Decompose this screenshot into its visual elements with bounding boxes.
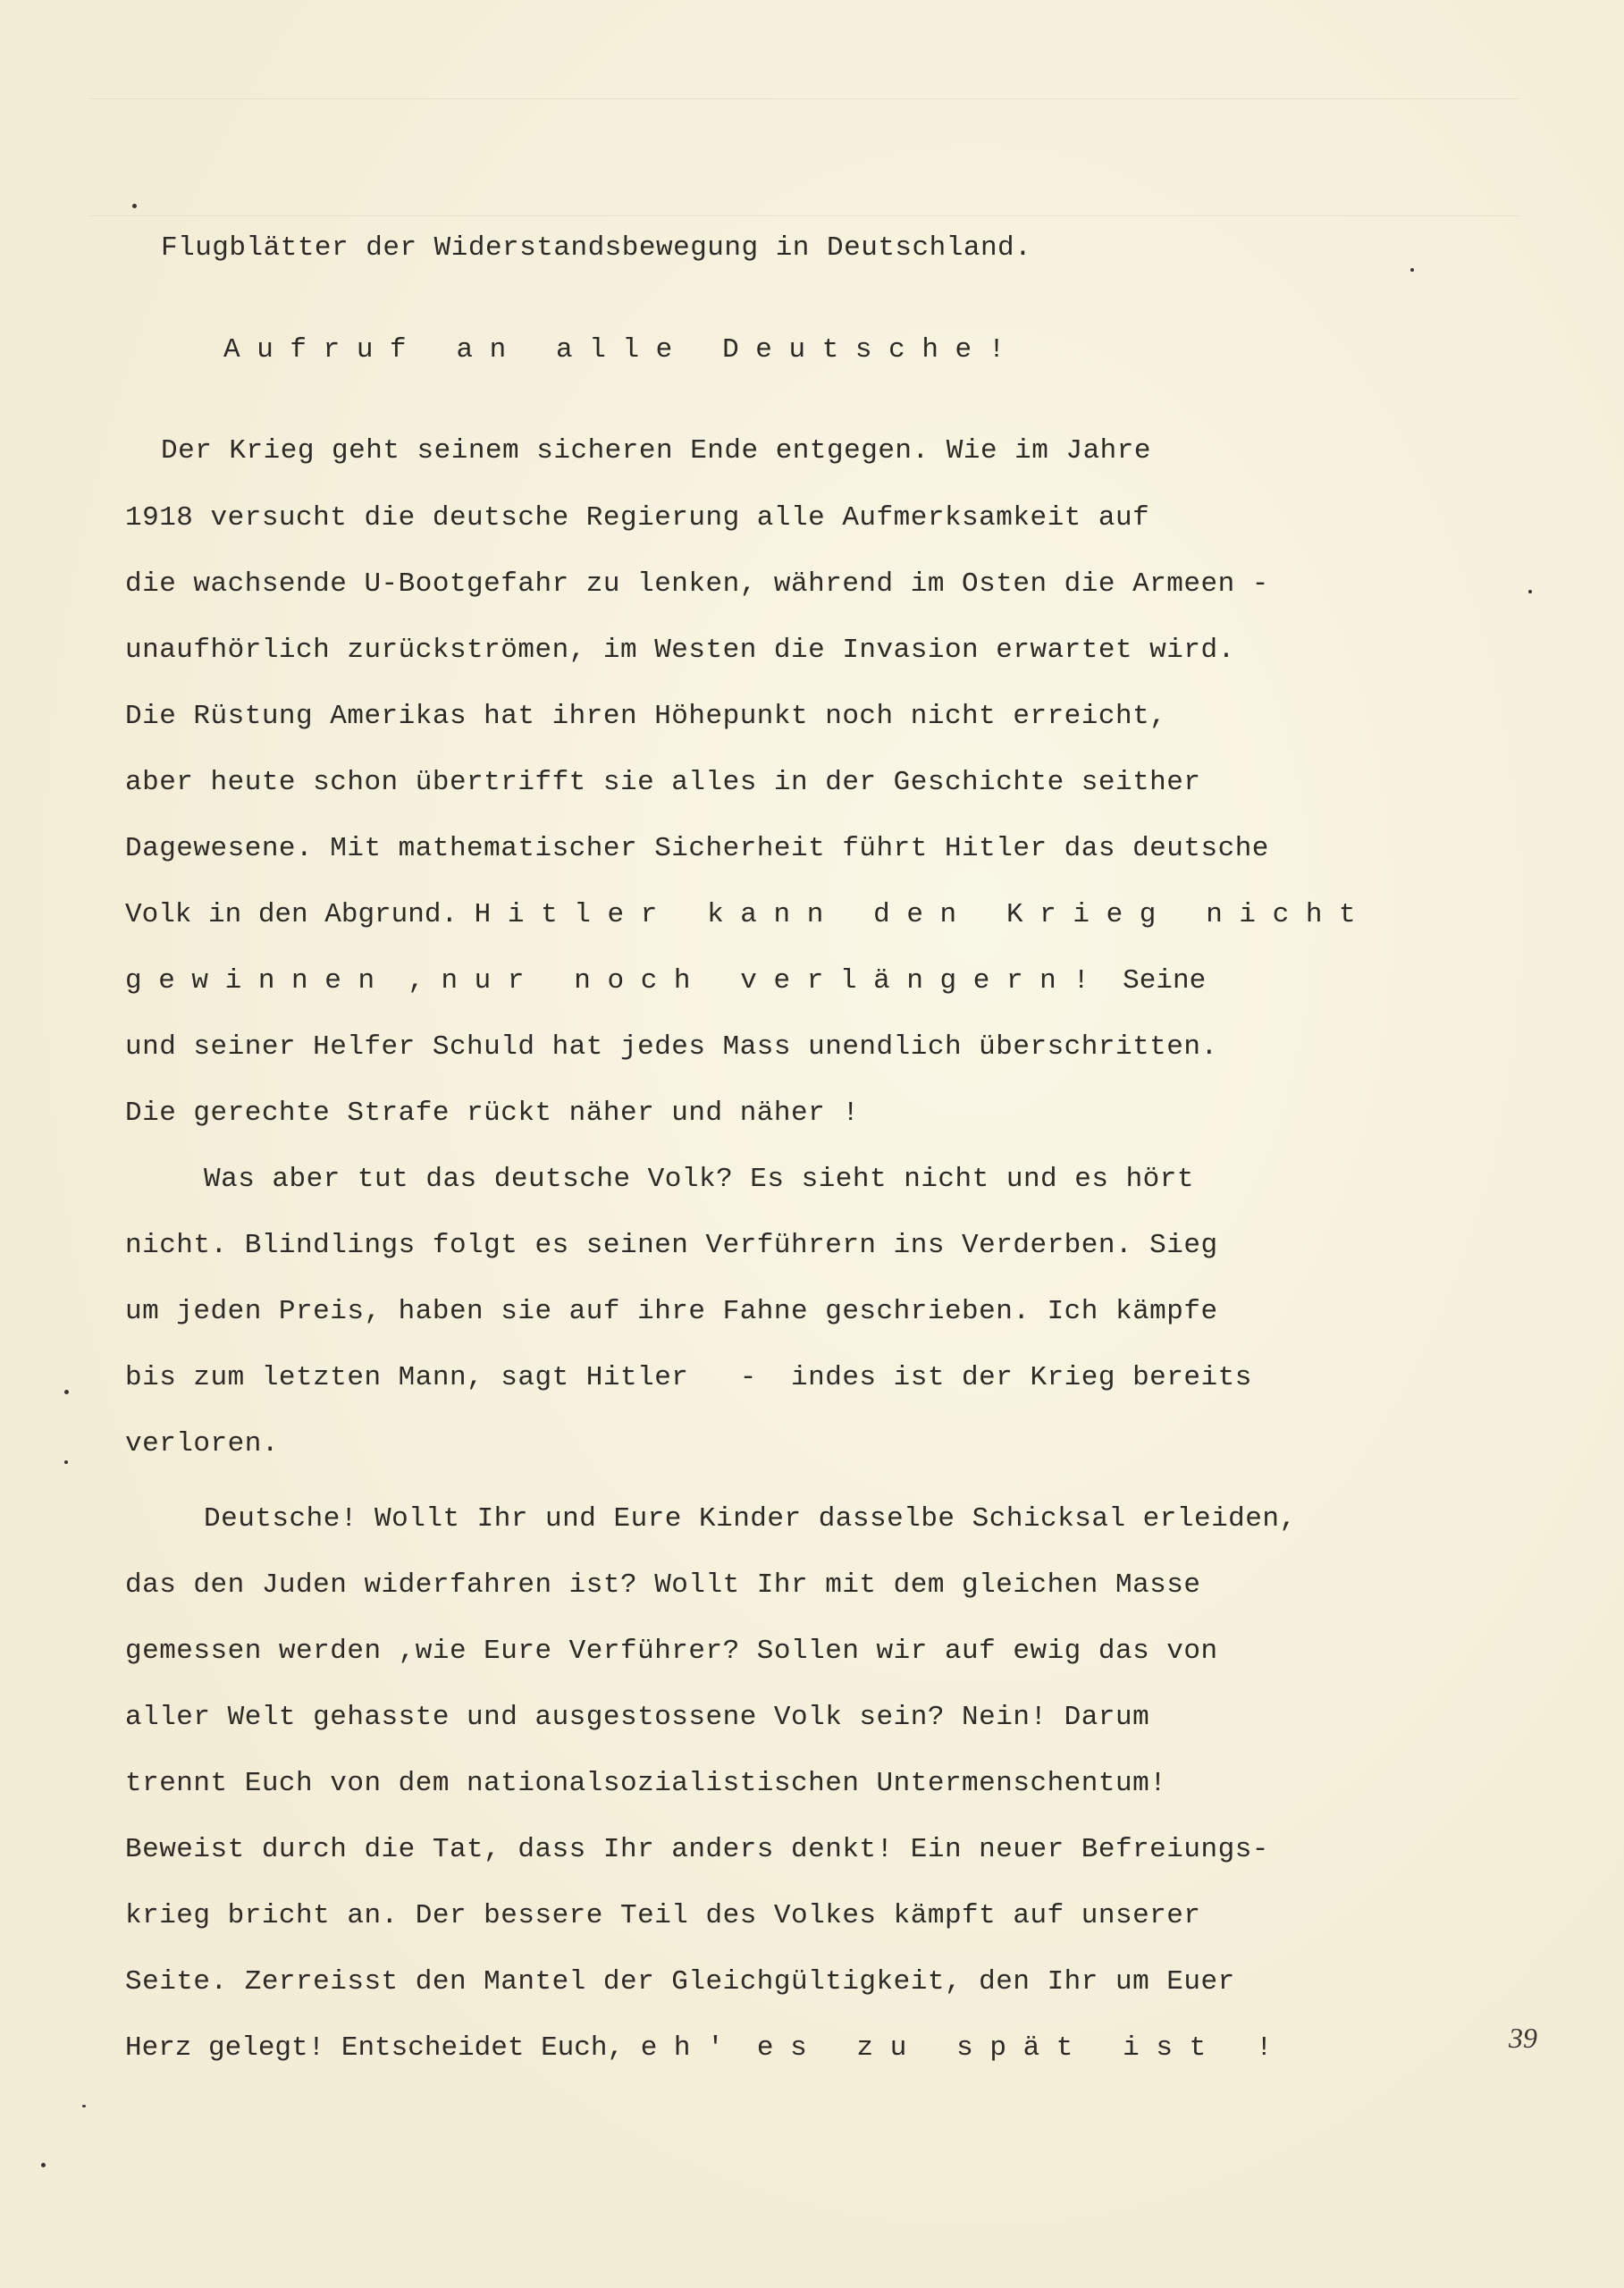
text-line: 1918 versucht die deutsche Regierung all… [125,500,1149,536]
text-line: verloren. [125,1426,279,1462]
text-line: und seiner Helfer Schuld hat jedes Mass … [125,1030,1218,1065]
text-line: Beweist durch die Tat, dass Ihr anders d… [125,1832,1269,1868]
text-line: die wachsende U-Bootgefahr zu lenken, wä… [125,567,1269,602]
text-line: Deutsche! Wollt Ihr und Eure Kinder dass… [204,1501,1297,1537]
document-heading: A u f r u f a n a l l e D e u t s c h e … [223,332,1005,368]
text-line: nicht. Blindlings folgt es seinen Verfüh… [125,1228,1218,1264]
text-line: unaufhörlich zurückströmen, im Westen di… [125,633,1235,669]
text-line: Der Krieg geht seinem sicheren Ende entg… [161,433,1151,469]
text-line: aller Welt gehasste und ausgestossene Vo… [125,1700,1149,1736]
text-line: gemessen werden ,wie Eure Verführer? Sol… [125,1634,1218,1670]
ink-speck [41,2163,46,2167]
text-line: krieg bricht an. Der bessere Teil des Vo… [125,1898,1201,1934]
text-line: das den Juden widerfahren ist? Wollt Ihr… [125,1568,1201,1603]
text-line: aber heute schon übertrifft sie alles in… [125,765,1201,801]
page-number: 39 [1509,2022,1537,2055]
ink-speck [1410,268,1414,272]
ink-speck [82,2105,86,2107]
bleed-through-table-shadow [89,98,1519,216]
text-line: Was aber tut das deutsche Volk? Es sieht… [204,1162,1194,1198]
text-line: Volk in den Abgrund. H i t l e r k a n n… [125,897,1356,933]
ink-speck [64,1390,69,1394]
text-line: g e w i n n e n , n u r n o c h v e r l … [125,963,1206,999]
document-title: Flugblätter der Widerstandsbewegung in D… [161,231,1031,266]
text-line: Seite. Zerreisst den Mantel der Gleichgü… [125,1964,1235,2000]
text-line: um jeden Preis, haben sie auf ihre Fahne… [125,1294,1218,1330]
text-line: bis zum letzten Mann, sagt Hitler - inde… [125,1360,1252,1396]
ink-speck [132,204,137,208]
ink-speck [64,1460,68,1464]
text-line: Herz gelegt! Entscheidet Euch, e h ' e s… [125,2031,1273,2066]
text-line: Die Rüstung Amerikas hat ihren Höhepunkt… [125,699,1166,735]
text-line: trennt Euch von dem nationalsozialistisc… [125,1766,1166,1802]
document-page: Flugblätter der Widerstandsbewegung in D… [0,0,1624,2288]
text-line: Die gerechte Strafe rückt näher und nähe… [125,1096,859,1131]
text-line: Dagewesene. Mit mathematischer Sicherhei… [125,831,1269,867]
ink-speck [1528,590,1532,593]
